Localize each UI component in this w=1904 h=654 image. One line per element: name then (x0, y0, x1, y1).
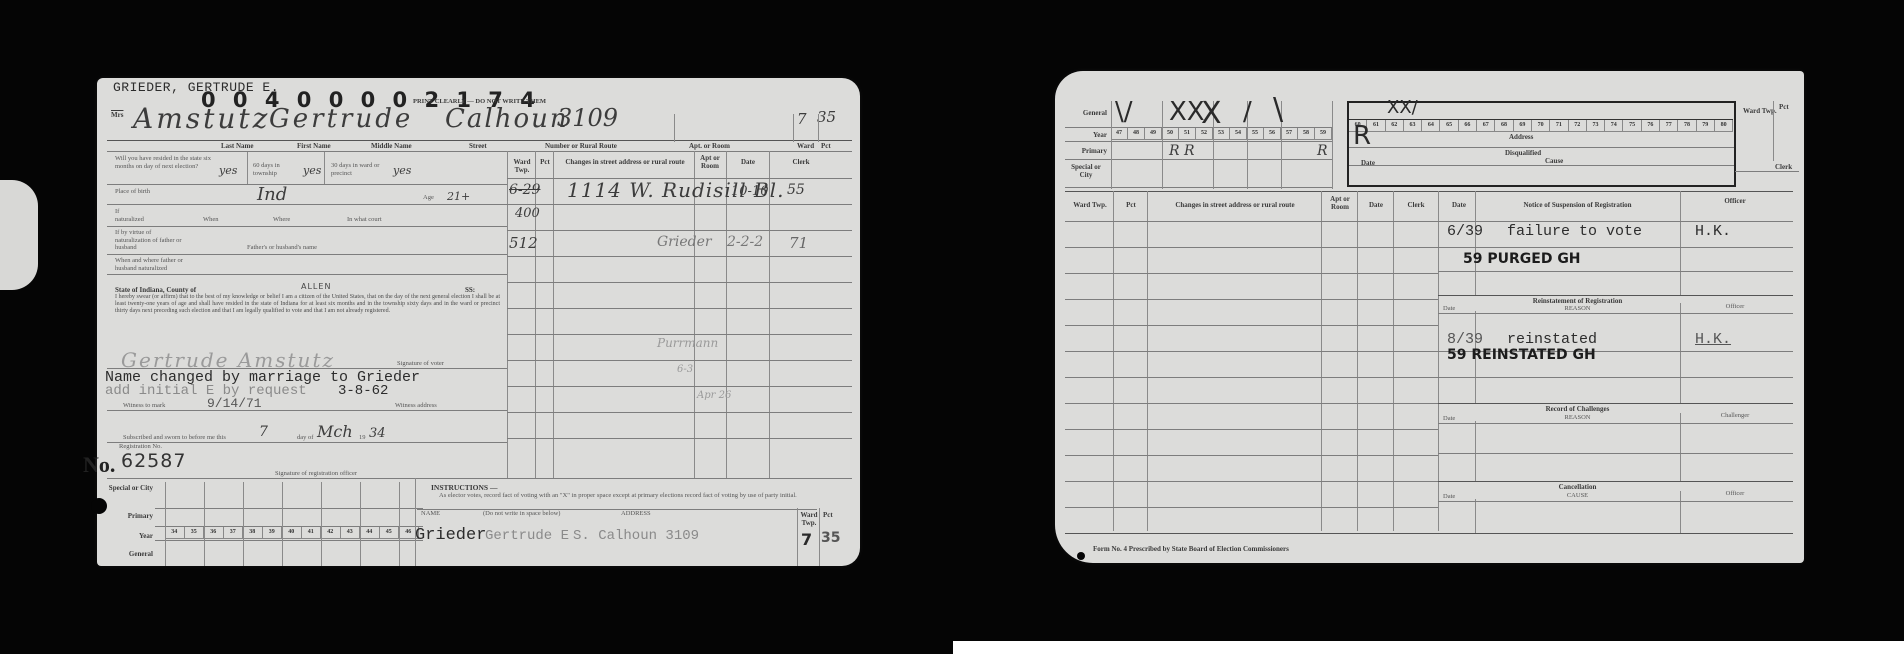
vote-mark-r: R (1353, 123, 1371, 149)
change-row-3-address: Grieder (657, 234, 712, 250)
amendment-date: 3-8-62 (338, 383, 388, 399)
year-cell: 79 (1697, 120, 1715, 132)
label-pct: Pct (821, 142, 831, 150)
first-name-value: Gertrude (269, 104, 413, 134)
label-footer-address: ADDRESS (621, 510, 651, 518)
suspension-1-officer: H.K. (1695, 223, 1731, 240)
suspension-1-date: 6/39 (1447, 223, 1483, 240)
year-cell: 69 (1514, 120, 1532, 132)
row-label-primary: Primary (1065, 147, 1107, 155)
col-header-apt: Apt or Room (1323, 195, 1357, 211)
form-footer: Form No. 4 Prescribed by State Board of … (1093, 545, 1289, 553)
change-row-3-ward: 512 (509, 234, 538, 252)
year-cell: 56 (1264, 128, 1281, 140)
subscribed-day: 7 (259, 424, 268, 440)
footer-pct: 35 (821, 530, 840, 546)
house-number-value: 3109 (557, 104, 618, 132)
year-cell: 37 (224, 527, 244, 539)
faint-note-3: Apr 26 (697, 390, 731, 401)
year-cell: 50 (1162, 128, 1179, 140)
change-row-2-ward: 400 (515, 206, 540, 221)
label-footer-pct: Pct (823, 511, 833, 519)
label-age: Age (423, 194, 434, 202)
primary-mark: R (1317, 143, 1328, 159)
label-footer-ward: Ward Twp. (799, 511, 819, 527)
vote-mark-x: X (1201, 101, 1222, 127)
col-header-ward: Ward Twp. (509, 158, 535, 174)
vote-mark-x: XX/ (1387, 95, 1418, 121)
col-header-pct: Pct (537, 158, 553, 166)
year-cell: 55 (1247, 128, 1264, 140)
pct-value: 35 (817, 108, 836, 126)
label-court: In what court (347, 216, 382, 224)
label-witness-address: Witness address (395, 402, 437, 410)
col-header-clerk: Clerk (771, 158, 831, 166)
cancellation-date-header: Date (1443, 493, 1455, 501)
vote-mark-x: / (1243, 99, 1252, 125)
oath-text: I hereby swear (or affirm) that to the b… (115, 294, 500, 315)
year-cell: 40 (282, 527, 302, 539)
vote-mark-x: XX (1169, 99, 1205, 125)
label-street: Street (469, 142, 487, 150)
amendment-add-initial: add initial E by request (105, 383, 307, 399)
title-prefix: Mrs (111, 111, 123, 119)
change-row-3-date: 2-2-2 (727, 234, 763, 250)
q-ward: 30 days in ward or precinct (331, 162, 391, 177)
reinstatement-1-date: 8/39 (1447, 331, 1483, 348)
scan-bottom-strip (953, 641, 1904, 654)
suspension-date-header: Date (1443, 201, 1475, 209)
year-cell: 70 (1532, 120, 1550, 132)
year-cell: 41 (302, 527, 322, 539)
year-cell: 62 (1386, 120, 1404, 132)
registration-number: 62587 (121, 450, 186, 472)
reinstatement-title: Reinstatement of Registration (1475, 297, 1680, 305)
reinstatement-officer-header: Officer (1680, 303, 1790, 311)
label-ward: Ward (797, 142, 814, 150)
challenges-challenger-header: Challenger (1680, 412, 1790, 420)
punch-hole (91, 498, 107, 514)
a-township: yes (303, 164, 321, 177)
cancellation-cause-header: CAUSE (1475, 492, 1680, 500)
year-cell: 77 (1660, 120, 1678, 132)
witness-date: 9/14/71 (207, 396, 262, 411)
q-state-residence: Will you have resided in the state six m… (115, 155, 215, 170)
year-cell: 42 (321, 527, 341, 539)
label-year-prefix: 19 (359, 434, 366, 442)
row-label-general: General (1065, 109, 1107, 117)
street-value: Calhoun (445, 104, 569, 134)
year-cell: 74 (1605, 120, 1623, 132)
year-cell: 63 (1404, 120, 1422, 132)
subscribed-month: Mch (317, 422, 353, 441)
year-cell: 47 (1111, 128, 1128, 140)
row-label-primary: Primary (107, 512, 153, 520)
a-state-residence: yes (219, 164, 237, 177)
registration-card-front: GRIEDER, GERTRUDE E. 0 0 4 0 0 0 0 2 1 7… (97, 78, 860, 566)
year-cell: 39 (263, 527, 283, 539)
vote-mark-x: \ (1273, 97, 1283, 123)
year-cell: 45 (380, 527, 400, 539)
col-header-changes: Changes in street address or rural route (557, 158, 693, 166)
voting-record-grid-1934: Special or City Primary Year General 34 … (107, 482, 427, 566)
registration-card-back: General Year Primary Special or City 47 … (1055, 71, 1804, 563)
label-number: Number or Rural Route (545, 142, 617, 150)
challenges-date-header: Date (1443, 415, 1455, 423)
faint-note-1: Purrmann (657, 336, 718, 350)
last-name-value: Amstutz (133, 102, 270, 135)
suspension-officer-header: Officer (1680, 197, 1790, 205)
cancellation-officer-header: Officer (1680, 490, 1790, 498)
col-header-apt: Apt or Room (695, 154, 725, 170)
footer-last-name: Grieder (415, 526, 486, 545)
q-township: 60 days in township (253, 162, 303, 177)
voting-record-grid-1960: 60 61 62 63 64 65 66 67 68 69 70 71 72 7… (1347, 101, 1736, 187)
label-subscribed: Subscribed and sworn to before me this (123, 434, 226, 442)
value-birthplace: Ind (257, 184, 287, 205)
label-middle-name: Middle Name (371, 142, 412, 150)
label-no: No. (83, 452, 115, 478)
vote-mark-x: \/ (1115, 99, 1133, 125)
punch-hole (1077, 552, 1085, 560)
purged-stamp: 59 PURGED GH (1463, 251, 1581, 267)
year-cell: 59 (1315, 128, 1332, 140)
footer-ward: 7 (801, 530, 812, 549)
col-header-date: Date (1359, 201, 1393, 209)
col-header-ward: Ward Twp. (1067, 201, 1113, 209)
a-ward: yes (393, 164, 411, 177)
change-row-3-clerk: 71 (789, 234, 808, 252)
label-when-where: When and where father or husband natural… (115, 257, 195, 272)
year-cell: 76 (1642, 120, 1660, 132)
year-cell: 34 (165, 527, 185, 539)
adjacent-card-edge (0, 180, 38, 290)
overlay-label-disqualified: Disqualified (1505, 149, 1541, 157)
row-label-special: Special or City (1065, 163, 1107, 179)
suspension-1-reason: failure to vote (1507, 223, 1642, 240)
suspension-title: Notice of Suspension of Registration (1475, 201, 1680, 209)
col-header-clerk: Clerk (1395, 201, 1437, 209)
label-virtue: If by virtue of naturalization of father… (115, 229, 185, 252)
county-value: ALLEN (301, 282, 331, 291)
label-ward-twp: Ward Twp. (1743, 107, 1777, 115)
label-first-name: First Name (297, 142, 331, 150)
primary-mark: R R (1169, 143, 1195, 159)
col-header-date: Date (727, 158, 769, 166)
year-cell: 66 (1459, 120, 1477, 132)
year-cell: 73 (1587, 120, 1605, 132)
year-cell: 71 (1550, 120, 1568, 132)
row-label-year: Year (1065, 131, 1107, 139)
year-cell: 38 (243, 527, 263, 539)
year-cell: 65 (1440, 120, 1458, 132)
cancellation-title: Cancellation (1475, 483, 1680, 491)
label-footer-name: NAME (421, 510, 440, 518)
reinstated-stamp: 59 REINSTATED GH (1447, 347, 1596, 363)
label-pct: Pct (1779, 103, 1789, 111)
label-witness-mark: Witness to mark (123, 402, 165, 410)
label-when: When (203, 216, 219, 224)
year-cell: 67 (1477, 120, 1495, 132)
label-last-name: Last Name (221, 142, 253, 150)
reinstatement-1-reason: reinstated (1507, 331, 1597, 348)
overlay-label-date: Date (1361, 159, 1375, 167)
year-cell: 64 (1422, 120, 1440, 132)
reinstatement-1-officer: H.K. (1695, 331, 1731, 348)
footer-first-name: Gertrude E (485, 528, 569, 544)
year-cell: 54 (1230, 128, 1247, 140)
year-cell: 80 (1715, 120, 1733, 132)
challenges-reason-header: REASON (1475, 414, 1680, 422)
label-state-county: State of Indiana, County of (115, 286, 196, 294)
label-father-name: Father's or husband's name (247, 244, 317, 252)
label-day-of: day of (297, 434, 313, 442)
instructions-text: As elector votes, record fact of voting … (439, 492, 839, 500)
label-birthplace: Place of birth (115, 188, 155, 196)
reinstatement-reason-header: REASON (1475, 305, 1680, 313)
change-row-1-ward: 6-29 (509, 182, 540, 198)
year-cell: 57 (1281, 128, 1298, 140)
change-row-1-clerk: 55 (787, 182, 805, 198)
label-do-not-write: (Do not write in space below) (483, 510, 560, 518)
year-cell: 43 (341, 527, 361, 539)
overlay-label-cause: Cause (1545, 157, 1563, 165)
year-cell: 36 (204, 527, 224, 539)
change-row-1-date: 10-10 (731, 184, 768, 199)
value-age: 21+ (447, 190, 470, 203)
year-cell: 75 (1623, 120, 1641, 132)
label-registration-officer: Signature of registration officer (275, 470, 357, 478)
year-cell: 78 (1678, 120, 1696, 132)
year-cell: 68 (1495, 120, 1513, 132)
col-header-pct: Pct (1115, 201, 1147, 209)
instructions-title: INSTRUCTIONS — (431, 484, 497, 492)
faint-note-2: 6-3 (677, 364, 693, 375)
label-ss: SS: (465, 286, 475, 294)
col-header-changes: Changes in street address or rural route (1149, 201, 1321, 209)
year-cell: 35 (185, 527, 205, 539)
row-label-year: Year (107, 532, 153, 540)
label-clerk: Clerk (1775, 163, 1792, 171)
footer-street: S. Calhoun 3109 (573, 528, 699, 544)
label-where: Where (273, 216, 290, 224)
row-label-general: General (107, 550, 153, 558)
year-cell: 72 (1569, 120, 1587, 132)
ward-value: 7 (797, 110, 807, 128)
label-naturalized: If naturalized (115, 208, 145, 223)
year-cell: 51 (1179, 128, 1196, 140)
label-signature-voter: Signature of voter (397, 360, 444, 368)
year-cell: 44 (360, 527, 380, 539)
reinstatement-date-header: Date (1443, 305, 1455, 313)
challenges-title: Record of Challenges (1475, 405, 1680, 413)
year-cell: 58 (1298, 128, 1315, 140)
label-apt: Apt. or Room (689, 142, 730, 150)
year-cell: 49 (1145, 128, 1162, 140)
voting-record-grid-1947: General Year Primary Special or City 47 … (1065, 101, 1345, 189)
row-label-special: Special or City (107, 484, 153, 492)
subscribed-year: 34 (369, 426, 386, 441)
overlay-label-address: Address (1509, 133, 1533, 141)
year-cell: 48 (1128, 128, 1145, 140)
